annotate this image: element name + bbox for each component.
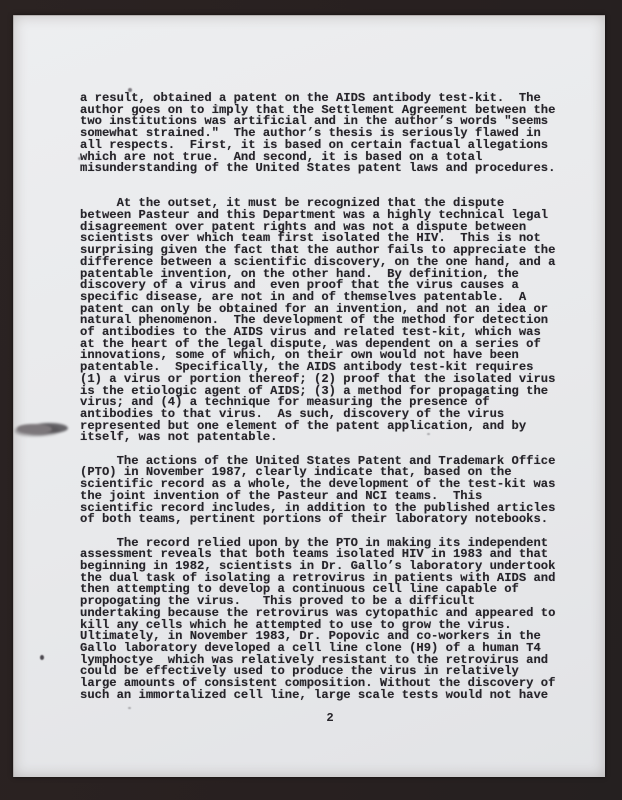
paragraph: a result, obtained a patent on the AIDS … [80,93,580,175]
dust-speck [215,105,218,107]
dust-speck [112,131,116,134]
dust-speck [40,655,44,660]
paper-edge-shadow-left [13,15,14,777]
page-number: 2 [80,711,580,725]
dust-speck [128,707,131,709]
scan-background: a result, obtained a patent on the AIDS … [0,0,622,800]
text-line: itself, was not patentable. [80,432,580,444]
paper-edge-shadow-top [13,15,605,16]
text-line: of both teams, pertinent portions of the… [80,514,580,526]
document-page: a result, obtained a patent on the AIDS … [13,15,605,777]
margin-smudge-artifact [17,424,52,434]
text-line: misunderstanding of the United States pa… [80,163,580,175]
paragraph: At the outset, it must be recognized tha… [80,198,580,444]
dust-speck [427,433,430,435]
dust-speck [78,157,81,160]
paragraph: The actions of the United States Patent … [80,456,580,526]
dust-speck [128,88,132,92]
paragraph: The record relied upon by the PTO in mak… [80,538,580,702]
document-text: a result, obtained a patent on the AIDS … [80,93,580,702]
text-line: such an immortalized cell line, large sc… [80,690,580,702]
